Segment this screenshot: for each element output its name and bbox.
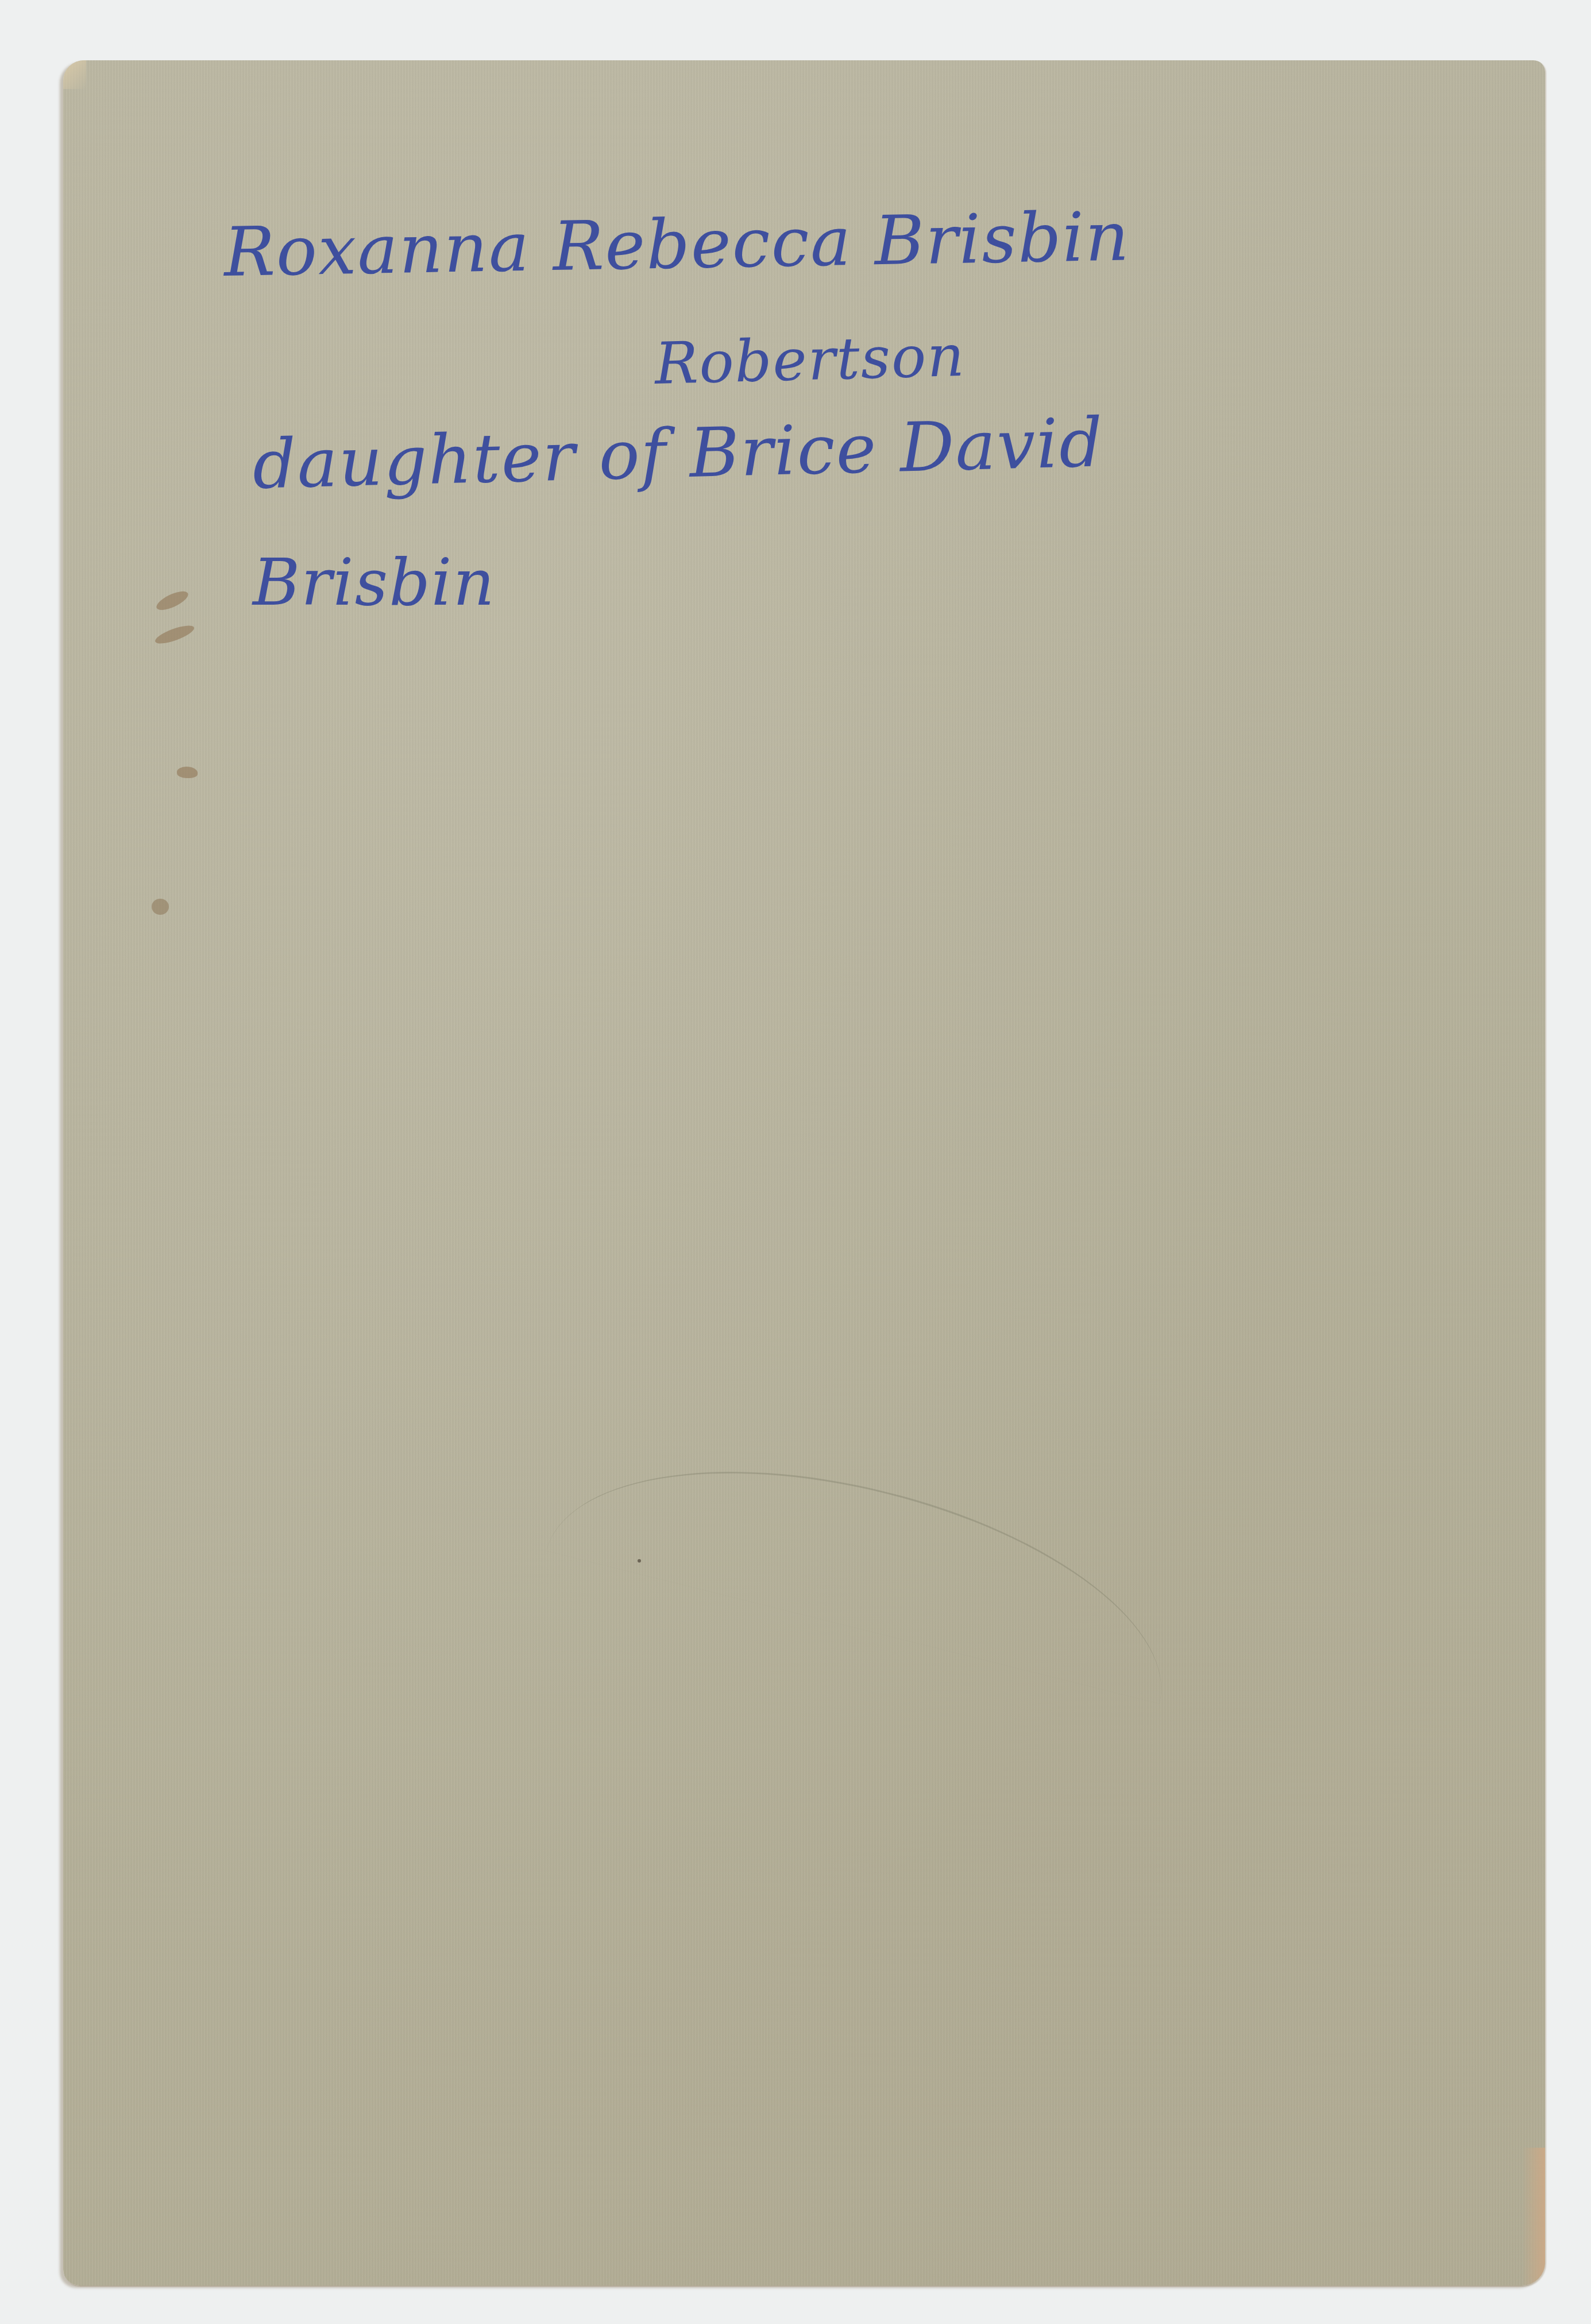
- corner-wear-bottom-right: [1522, 2148, 1545, 2286]
- corner-wear-top-left: [63, 60, 86, 89]
- photo-card-back: [63, 60, 1545, 2286]
- stain-mark: [177, 767, 198, 778]
- paper-crease: [546, 1416, 1193, 1704]
- stain-mark: [153, 622, 196, 647]
- stain-mark: [152, 899, 169, 915]
- inscription-line-married-name: Robertson: [654, 322, 966, 397]
- stain-mark: [154, 587, 191, 613]
- inscription-line-name: Roxanna Rebecca Brisbin: [223, 196, 1131, 292]
- inscription-line-surname: Brisbin: [253, 546, 496, 620]
- speck-mark: [638, 1559, 641, 1563]
